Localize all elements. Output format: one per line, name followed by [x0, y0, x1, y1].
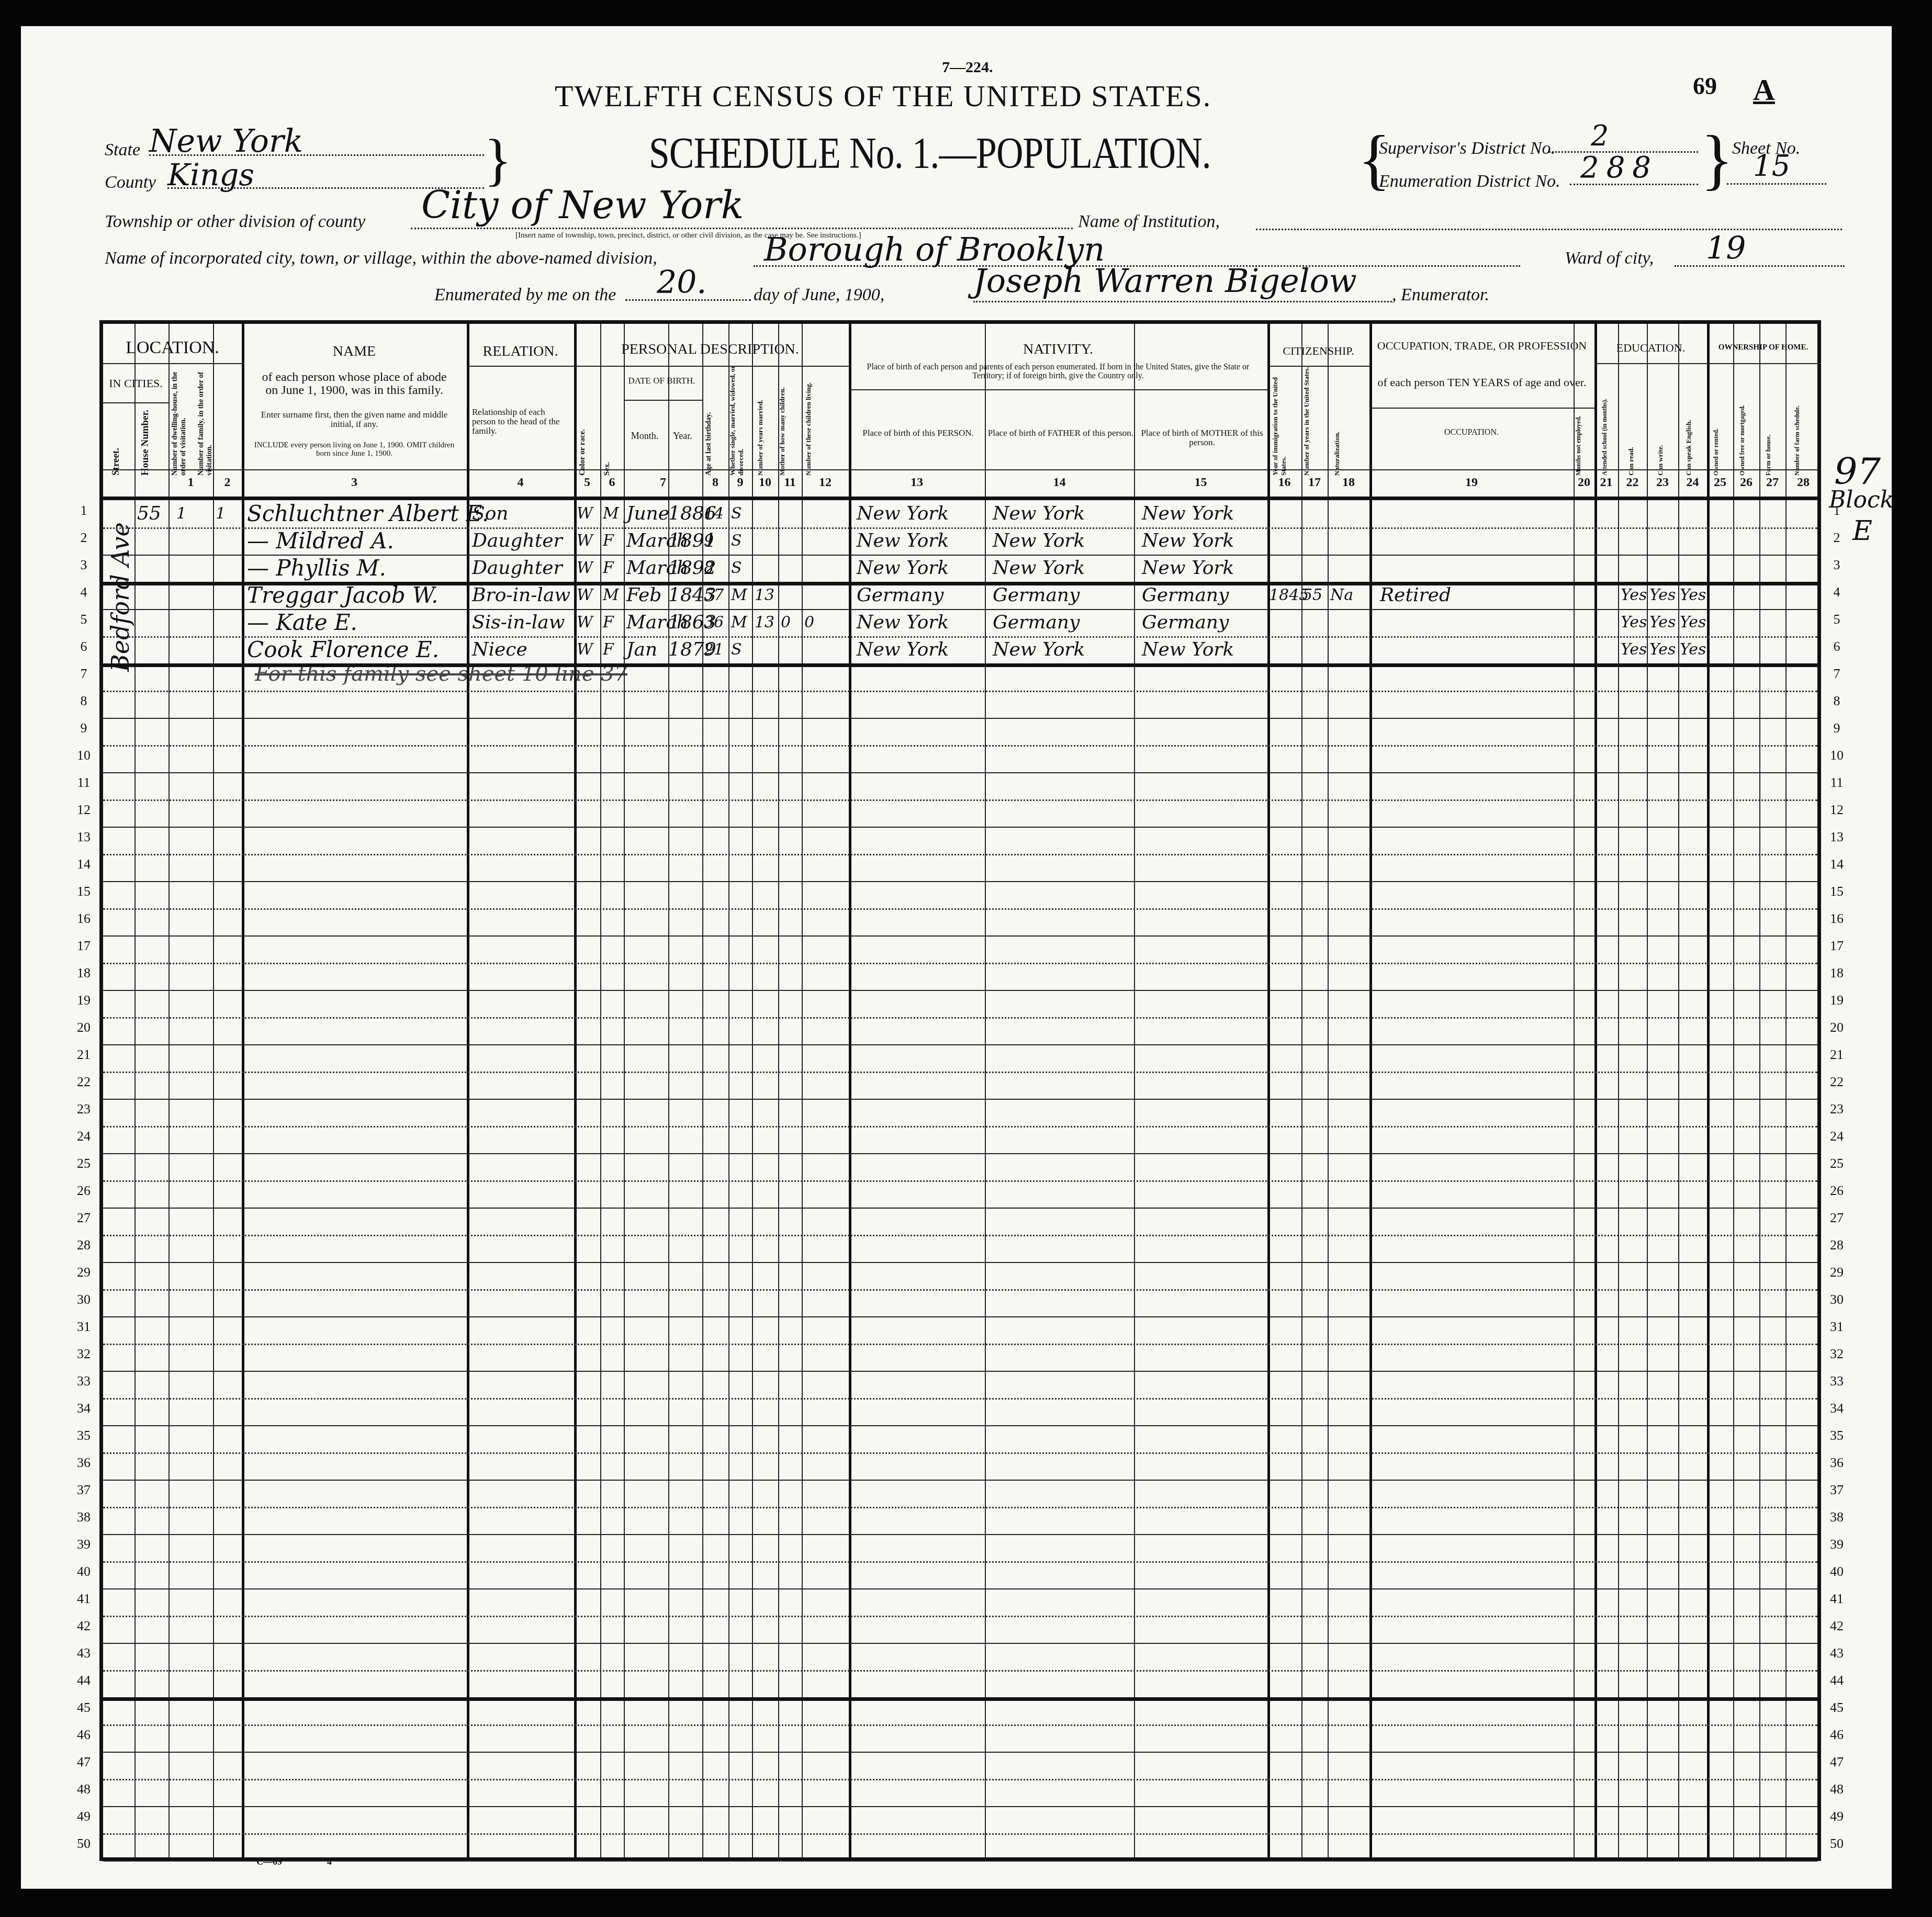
line-number-left: 45: [71, 1700, 97, 1716]
supervisor-field: 2: [1549, 119, 1698, 153]
color: W: [577, 582, 593, 609]
header-personal: PERSONAL DESCRIPTION.: [574, 342, 846, 357]
line-number-right: 38: [1824, 1509, 1850, 1525]
age: 9: [704, 527, 714, 555]
column-number: 7: [624, 476, 702, 490]
line-number-right: 25: [1824, 1156, 1850, 1171]
line-number-left: 26: [71, 1183, 97, 1199]
row-divider: [103, 1153, 1817, 1154]
row-divider: [103, 799, 1817, 801]
column-divider: [242, 324, 244, 1857]
line-number-right: 39: [1824, 1537, 1850, 1552]
header-rule: [103, 497, 1817, 500]
column-number: 27: [1759, 476, 1785, 490]
line-number-right: 10: [1824, 748, 1850, 763]
mother-birthplace: New York: [1142, 555, 1234, 582]
row-divider: [103, 1371, 1817, 1372]
line-number-left: 8: [71, 693, 97, 709]
line-number-left: 43: [71, 1645, 97, 1661]
header-year: Year.: [666, 431, 700, 441]
vheader-house: House Number.: [140, 402, 151, 476]
column-divider: [1759, 324, 1760, 1857]
birthplace: Germany: [857, 582, 943, 609]
column-number: 24: [1678, 476, 1707, 490]
marital-status: S: [731, 500, 742, 527]
column-number: 3: [242, 476, 467, 490]
age: 14: [704, 500, 724, 527]
person-name: — Kate E.: [247, 609, 357, 636]
sex: F: [603, 555, 614, 582]
row-divider: [103, 691, 1817, 692]
row-divider: [103, 1235, 1817, 1236]
line-number-right: 22: [1824, 1074, 1850, 1090]
line-number-right: 4: [1824, 584, 1850, 600]
column-divider: [134, 324, 136, 1857]
line-number-left: 18: [71, 965, 97, 981]
column-divider: [778, 324, 779, 1857]
state-field: New York: [149, 123, 484, 156]
line-number-right: 20: [1824, 1020, 1850, 1035]
column-number: 8: [702, 476, 728, 490]
population-table: LOCATION. IN CITIES. NAME of each person…: [99, 320, 1821, 1861]
row-divider: [103, 1534, 1817, 1535]
census-title: TWELFTH CENSUS OF THE UNITED STATES.: [555, 78, 1211, 114]
row-divider: [103, 1344, 1817, 1345]
line-number-left: 17: [71, 938, 97, 954]
enumerated-day: 20.: [625, 264, 751, 301]
header-divider: [624, 400, 702, 401]
father-birthplace: New York: [993, 527, 1085, 555]
row-divider: [103, 1099, 1817, 1100]
column-number: 17: [1301, 476, 1328, 490]
supervisor-label: Supervisor's District No.: [1379, 139, 1555, 159]
row-divider: [103, 827, 1817, 828]
line-number-right: 50: [1824, 1836, 1850, 1852]
years-in-us: 55: [1302, 582, 1322, 609]
column-number: 18: [1328, 476, 1369, 490]
column-divider: [728, 324, 729, 1857]
birthplace: New York: [857, 636, 949, 663]
header-name: NAME: [242, 344, 467, 359]
column-number: 21: [1594, 476, 1618, 490]
line-number-left: 10: [71, 748, 97, 763]
line-number-left: 41: [71, 1591, 97, 1607]
can-speak-english: Yes: [1680, 582, 1706, 609]
row-divider: [103, 1208, 1817, 1209]
age: 57: [704, 582, 724, 609]
line-number-right: 7: [1824, 666, 1850, 682]
line-number-right: 30: [1824, 1292, 1850, 1307]
row-divider: [103, 1833, 1817, 1835]
header-education: EDUCATION.: [1594, 342, 1707, 354]
line-number-right: 1: [1824, 503, 1850, 518]
mother-of: 0: [781, 609, 791, 636]
father-birthplace: Germany: [993, 582, 1080, 609]
line-number-left: 29: [71, 1265, 97, 1280]
institution-label: Name of Institution,: [1078, 212, 1220, 232]
line-number-left: 25: [71, 1156, 97, 1171]
vheader-can-read: Can read.: [1627, 423, 1635, 476]
footer-code: C—69: [256, 1856, 282, 1867]
column-divider: [1647, 324, 1648, 1857]
can-read: Yes: [1621, 636, 1647, 663]
header-divider: [467, 366, 574, 367]
occupation: Retired: [1380, 582, 1451, 609]
sex: F: [603, 609, 614, 636]
can-write: Yes: [1649, 609, 1676, 636]
mother-birthplace: New York: [1142, 500, 1234, 527]
line-number-left: 44: [71, 1673, 97, 1688]
vheader-months-not-employed: Months not employed.: [1575, 402, 1582, 476]
birth-month: Feb: [626, 582, 661, 609]
vheader-farm-house: Farm or house.: [1765, 408, 1772, 476]
vheader-owned-free: Owned free or mortgaged.: [1738, 366, 1746, 476]
column-number: 22: [1618, 476, 1647, 490]
vheader-farm-schedule: Number of farm schedule.: [1793, 366, 1801, 476]
header-name-instr: Enter surname first, then the given name…: [252, 410, 456, 429]
header-month: Month.: [624, 431, 666, 441]
column-divider: [1134, 324, 1135, 1857]
vheader-years-us: Number of years in the United States.: [1302, 366, 1311, 476]
row-divider: [103, 1561, 1817, 1563]
header-divider: [103, 469, 1817, 470]
mother-birthplace: New York: [1142, 527, 1234, 555]
line-number-left: 12: [71, 802, 97, 818]
column-number: 23: [1647, 476, 1678, 490]
row-divider: [103, 1480, 1817, 1481]
line-number-left: 6: [71, 639, 97, 655]
line-number-left: 2: [71, 530, 97, 546]
birthplace: New York: [857, 555, 949, 582]
age: 36: [704, 609, 724, 636]
line-number-right: 32: [1824, 1346, 1850, 1362]
header-nativity-desc: Place of birth of each person and parent…: [851, 363, 1265, 381]
age: 21: [704, 636, 724, 663]
row-divider: [103, 1262, 1817, 1263]
enumerator-label: , Enumerator.: [1392, 285, 1489, 305]
row-divider: [103, 1752, 1817, 1753]
header-divider: [1707, 363, 1821, 364]
relation: Bro-in-law: [472, 582, 570, 609]
column-number: 16: [1267, 476, 1301, 490]
row-divider: [103, 663, 1817, 667]
township-label: Township or other division of county: [105, 212, 365, 232]
column-divider: [1733, 324, 1734, 1857]
column-divider: [849, 324, 851, 1857]
line-number-left: 1: [71, 503, 97, 518]
line-number-right: 3: [1824, 557, 1850, 573]
relation: Daughter: [472, 555, 563, 582]
line-number-right: 24: [1824, 1129, 1850, 1144]
can-read: Yes: [1621, 582, 1647, 609]
line-number-left: 7: [71, 666, 97, 682]
column-number: 26: [1733, 476, 1759, 490]
line-number-left: 40: [71, 1564, 97, 1580]
row-divider: [103, 1126, 1817, 1127]
brace-decoration: }: [484, 131, 512, 188]
sex: M: [603, 500, 619, 527]
father-birthplace: New York: [993, 636, 1085, 663]
header-pob-person: Place of birth of this PERSON.: [851, 428, 985, 438]
dwelling-number: 1: [176, 500, 186, 527]
column-number: 1: [169, 476, 213, 490]
line-number-left: 15: [71, 884, 97, 899]
column-number: 15: [1134, 476, 1267, 490]
marital-status: S: [731, 555, 742, 582]
vheader-age: Age at last birthday.: [705, 376, 713, 476]
row-divider: [103, 881, 1817, 882]
line-number-right: 33: [1824, 1373, 1850, 1389]
column-divider: [1328, 324, 1329, 1857]
row-divider: [103, 1779, 1817, 1780]
column-divider: [1678, 324, 1679, 1857]
row-divider: [103, 1860, 1817, 1862]
naturalization: Na: [1330, 582, 1353, 609]
mother-birthplace: Germany: [1142, 582, 1229, 609]
line-number-left: 30: [71, 1292, 97, 1307]
line-number-right: 2: [1824, 530, 1850, 546]
line-number-left: 21: [71, 1047, 97, 1063]
vheader-dwelling: Number of dwelling-house, in the order o…: [171, 366, 188, 476]
sex: M: [603, 582, 619, 609]
row-divider: [103, 990, 1817, 991]
column-divider: [1707, 324, 1710, 1857]
header-occupation-sub: OCCUPATION.: [1369, 428, 1574, 437]
margin-note-letter: E: [1852, 515, 1872, 547]
row-divider: [103, 1643, 1817, 1644]
row-divider: [103, 1316, 1817, 1317]
line-number-right: 44: [1824, 1673, 1850, 1688]
column-number: 2: [213, 476, 242, 490]
line-number-left: 38: [71, 1509, 97, 1525]
vheader-sex: Sex.: [603, 455, 612, 476]
line-number-left: 31: [71, 1319, 97, 1335]
color: W: [577, 555, 593, 582]
row-divider: [103, 772, 1817, 773]
row-divider: [103, 908, 1817, 910]
row-divider: [103, 1452, 1817, 1454]
vheader-marital: Whether single, married, widowed, or div…: [728, 355, 745, 476]
sex: F: [603, 636, 614, 663]
line-number-left: 13: [71, 829, 97, 845]
column-divider: [1267, 324, 1270, 1857]
line-number-left: 37: [71, 1482, 97, 1498]
color: W: [577, 500, 593, 527]
column-divider: [1301, 324, 1302, 1857]
header-occupation-desc: of each person TEN YEARS of age and over…: [1375, 376, 1589, 388]
line-number-right: 42: [1824, 1618, 1850, 1634]
line-number-right: 40: [1824, 1564, 1850, 1580]
relation: Son: [472, 500, 509, 527]
line-number-right: 8: [1824, 693, 1850, 709]
person-name: Treggar Jacob W.: [247, 582, 438, 609]
person-name: Cook Florence E.: [247, 636, 439, 663]
row-divider: [103, 1670, 1817, 1672]
person-name: — Phyllis M.: [247, 555, 386, 582]
line-number-left: 5: [71, 612, 97, 627]
line-number-left: 19: [71, 993, 97, 1008]
row-divider: [103, 1425, 1817, 1426]
age: 8: [704, 555, 714, 582]
line-number-right: 47: [1824, 1754, 1850, 1770]
birth-month: June: [626, 500, 669, 527]
line-number-left: 27: [71, 1210, 97, 1226]
header-relation: RELATION.: [467, 344, 574, 359]
column-number: 12: [802, 476, 849, 490]
can-read: Yes: [1621, 609, 1647, 636]
line-number-left: 9: [71, 720, 97, 736]
footer-number: 4: [327, 1856, 332, 1867]
line-number-right: 17: [1824, 938, 1850, 954]
ward-label: Ward of city,: [1565, 249, 1654, 268]
line-number-right: 34: [1824, 1401, 1850, 1416]
birth-month: Jan: [626, 636, 657, 663]
column-divider: [1618, 324, 1619, 1857]
header-in-cities: IN CITIES.: [103, 377, 169, 389]
row-divider: [103, 1507, 1817, 1508]
row-divider: [103, 1180, 1817, 1182]
column-number: 28: [1785, 476, 1821, 490]
header-nativity: NATIVITY.: [849, 342, 1267, 357]
header-divider: [1267, 366, 1369, 367]
line-number-right: 12: [1824, 802, 1850, 818]
vheader-family: Number of family, in the order of visita…: [197, 366, 214, 476]
row-divider: [103, 1044, 1817, 1045]
line-number-left: 20: [71, 1020, 97, 1035]
row-divider: [103, 1588, 1817, 1589]
column-number: 11: [778, 476, 802, 490]
line-number-right: 21: [1824, 1047, 1850, 1063]
vheader-years-married: Number of years married.: [756, 355, 765, 476]
father-birthplace: New York: [993, 555, 1085, 582]
color: W: [577, 636, 593, 663]
page-number: 69: [1693, 72, 1717, 100]
line-number-left: 47: [71, 1754, 97, 1770]
page-letter: A: [1753, 72, 1775, 107]
line-number-left: 23: [71, 1101, 97, 1117]
row-divider: [103, 1289, 1817, 1291]
mother-birthplace: Germany: [1142, 609, 1229, 636]
header-divider: [574, 366, 849, 367]
row-divider: [103, 1017, 1817, 1019]
line-number-left: 36: [71, 1455, 97, 1471]
line-number-left: 33: [71, 1373, 97, 1389]
vheader-owned-rented: Owned or rented.: [1712, 402, 1720, 476]
township-field: City of New York: [411, 183, 1073, 229]
line-number-right: 37: [1824, 1482, 1850, 1498]
line-number-right: 46: [1824, 1727, 1850, 1743]
column-number: 13: [849, 476, 985, 490]
marital-status: M: [731, 609, 747, 636]
column-divider: [600, 324, 601, 1857]
color: W: [577, 609, 593, 636]
line-number-right: 19: [1824, 993, 1850, 1008]
column-number: 9: [728, 476, 752, 490]
line-number-right: 5: [1824, 612, 1850, 627]
line-number-right: 11: [1824, 775, 1850, 791]
sheet-field: 15: [1727, 149, 1826, 185]
row-divider: [103, 854, 1817, 855]
schedule-title: SCHEDULE No. 1.—POPULATION.: [649, 128, 1211, 179]
row-divider: [103, 1398, 1817, 1400]
vheader-attended-school: Attended school (in months).: [1601, 371, 1609, 476]
person-name: — Mildred A.: [247, 527, 394, 555]
header-divider: [1369, 408, 1594, 409]
line-number-left: 16: [71, 911, 97, 927]
family-number: 1: [216, 500, 226, 527]
years-married: 13: [755, 582, 774, 609]
can-speak-english: Yes: [1680, 636, 1706, 663]
line-number-right: 16: [1824, 911, 1850, 927]
institution-field: [1256, 212, 1842, 230]
row-divider: [103, 718, 1817, 719]
header-pob-mother: Place of birth of MOTHER of this person.: [1137, 428, 1267, 447]
line-number-left: 28: [71, 1237, 97, 1253]
column-divider: [985, 324, 986, 1857]
relation: Niece: [472, 636, 527, 663]
row-divider: [103, 963, 1817, 964]
header-citizenship: CITIZENSHIP.: [1267, 345, 1369, 357]
column-number: 10: [752, 476, 778, 490]
vheader-mother-of: Mother of how many children.: [778, 355, 787, 476]
column-divider: [1369, 324, 1372, 1857]
row-divider: [103, 935, 1817, 937]
line-number-left: 42: [71, 1618, 97, 1634]
line-number-right: 36: [1824, 1455, 1850, 1471]
column-divider: [213, 324, 214, 1857]
header-name-desc: of each person whose place of abode on J…: [260, 371, 448, 397]
line-number-right: 28: [1824, 1237, 1850, 1253]
can-write: Yes: [1649, 582, 1676, 609]
marital-status: S: [731, 636, 742, 663]
line-number-left: 48: [71, 1781, 97, 1797]
vheader-can-speak-english: Can speak English.: [1684, 376, 1693, 476]
line-number-left: 32: [71, 1346, 97, 1362]
vheader-immigration: Year of immigration to the United States…: [1271, 366, 1288, 476]
line-number-left: 24: [71, 1129, 97, 1144]
relation: Sis-in-law: [472, 609, 565, 636]
line-number-left: 49: [71, 1809, 97, 1824]
line-number-right: 31: [1824, 1319, 1850, 1335]
enumerated-month: day of June, 1900,: [754, 285, 884, 305]
column-number: 20: [1574, 476, 1594, 490]
row-divider: [103, 1806, 1817, 1807]
header-location: LOCATION.: [103, 339, 242, 357]
birthplace: New York: [857, 500, 949, 527]
column-divider: [169, 324, 170, 1857]
row-divider: [103, 1724, 1817, 1726]
line-number-right: 26: [1824, 1183, 1850, 1199]
column-divider: [1574, 324, 1575, 1857]
father-birthplace: Germany: [993, 609, 1080, 636]
birthplace: New York: [857, 609, 949, 636]
header-name-include: INCLUDE every person living on June 1, 1…: [252, 442, 456, 458]
years-married: 13: [755, 609, 774, 636]
column-number: 5: [574, 476, 600, 490]
header-pob-father: Place of birth of FATHER of this person.: [987, 428, 1134, 438]
line-number-right: 29: [1824, 1265, 1850, 1280]
line-number-left: 3: [71, 557, 97, 573]
birthplace: New York: [857, 527, 949, 555]
header-divider: [1594, 363, 1707, 364]
line-number-left: 34: [71, 1401, 97, 1416]
enumeration-field: 288: [1570, 151, 1698, 185]
house-number: 55: [137, 500, 161, 527]
father-birthplace: New York: [993, 500, 1085, 527]
line-number-right: 45: [1824, 1700, 1850, 1716]
column-number: 6: [600, 476, 624, 490]
header-relation-desc: Relationship of each person to the head …: [472, 408, 569, 436]
